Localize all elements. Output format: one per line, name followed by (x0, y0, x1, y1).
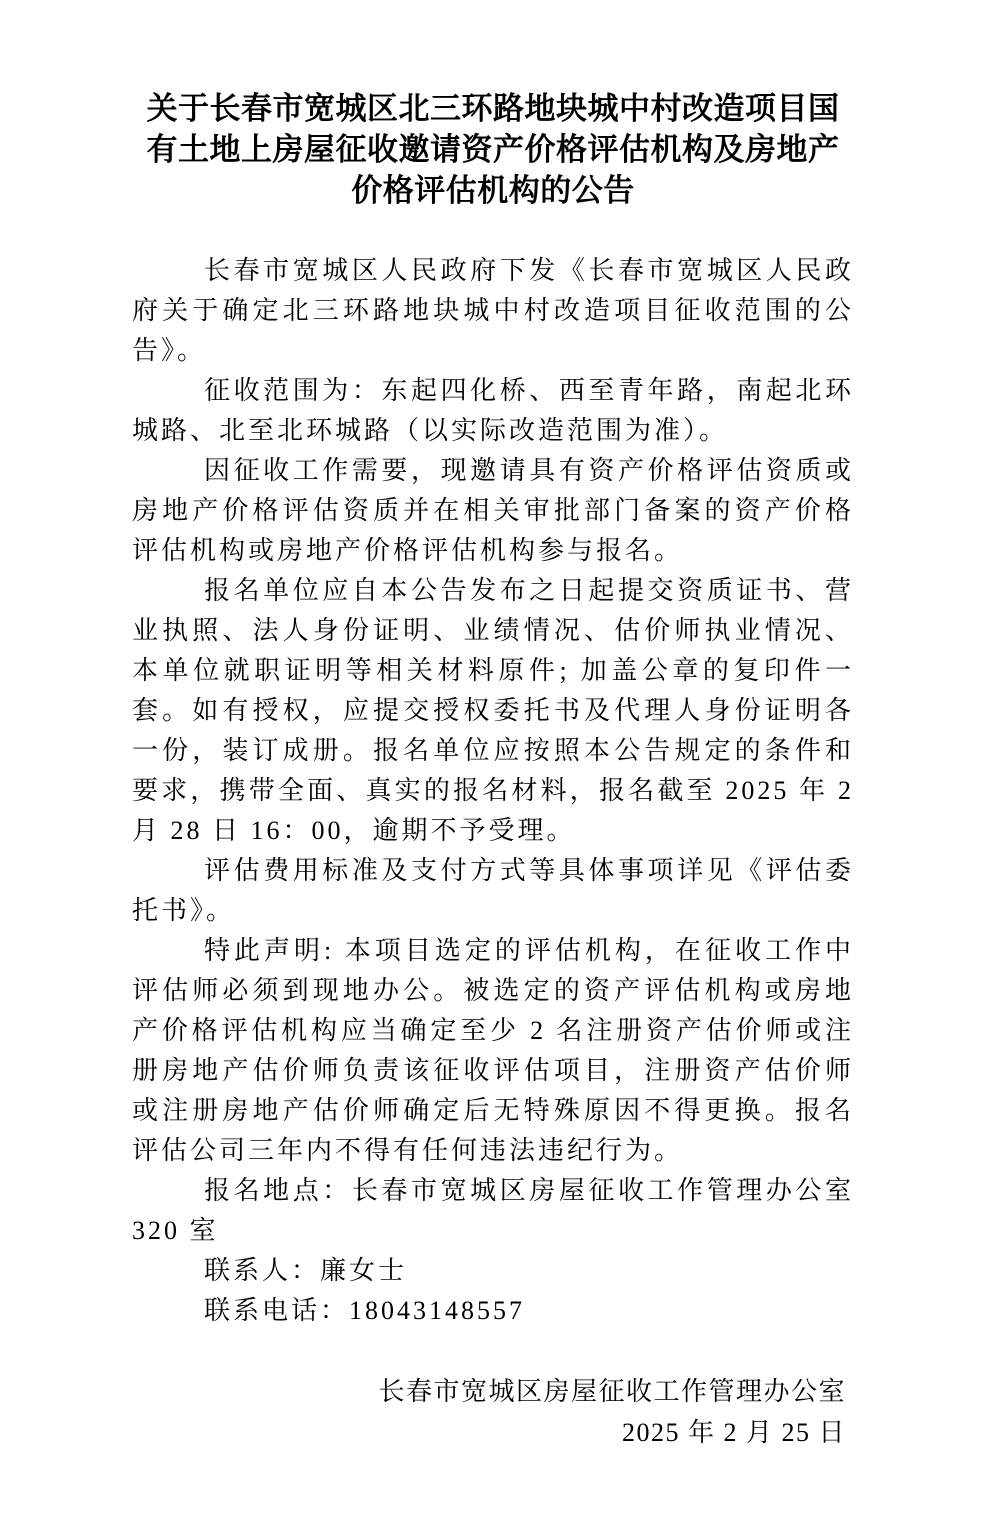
paragraph-intro: 长春市宽城区人民政府下发《长春市宽城区人民政府关于确定北三环路地块城中村改造项目… (132, 251, 854, 371)
paragraph-contact-phone: 联系电话：18043148557 (132, 1291, 854, 1331)
document-title: 关于长春市宽城区北三环路地块城中村改造项目国有土地上房屋征收邀请资产价格评估机构… (132, 88, 854, 211)
signature-block: 长春市宽城区房屋征收工作管理办公室 2025 年 2 月 25 日 (132, 1371, 854, 1453)
paragraph-fee-standard: 评估费用标准及支付方式等具体事项详见《评估委托书》。 (132, 851, 854, 931)
paragraph-declaration: 特此声明: 本项目选定的评估机构，在征收工作中评估师必须到现地办公。被选定的资产… (132, 931, 854, 1171)
paragraph-expropriation-scope: 征收范围为：东起四化桥、西至青年路，南起北环城路、北至北环城路（以实际改造范围为… (132, 371, 854, 451)
paragraph-application-address: 报名地点：长春市宽城区房屋征收工作管理办公室 320 室 (132, 1171, 854, 1251)
document-body: 长春市宽城区人民政府下发《长春市宽城区人民政府关于确定北三环路地块城中村改造项目… (132, 251, 854, 1331)
signature-org: 长春市宽城区房屋征收工作管理办公室 (132, 1371, 846, 1412)
signature-date: 2025 年 2 月 25 日 (132, 1412, 846, 1453)
paragraph-application-requirements: 报名单位应自本公告发布之日起提交资质证书、营业执照、法人身份证明、业绩情况、估价… (132, 571, 854, 851)
paragraph-contact-person: 联系人：廉女士 (132, 1251, 854, 1291)
document-page: 关于长春市宽城区北三环路地块城中村改造项目国有土地上房屋征收邀请资产价格评估机构… (0, 0, 1000, 1516)
paragraph-invitation: 因征收工作需要，现邀请具有资产价格评估资质或房地产价格评估资质并在相关审批部门备… (132, 451, 854, 571)
